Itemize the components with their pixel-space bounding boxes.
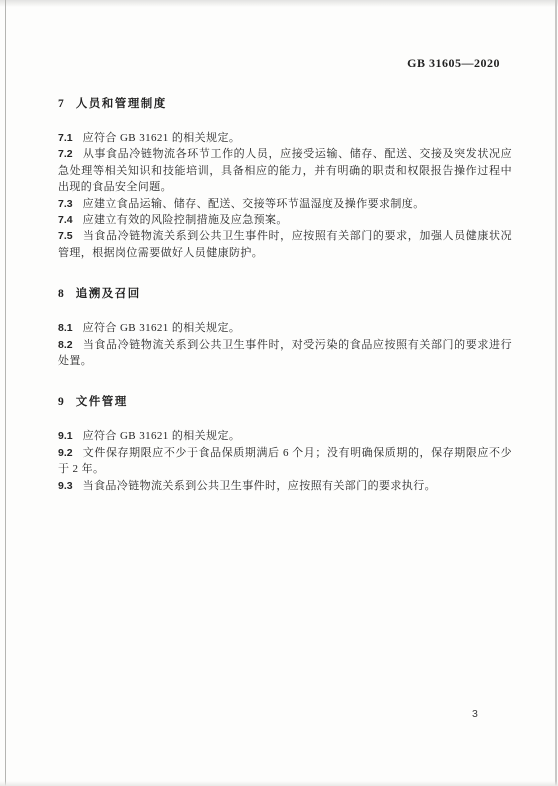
page-edge-top xyxy=(0,0,558,7)
clause-9-3-text: 当食品冷链物流关系到公共卫生事件时，应按照有关部门的要求执行。 xyxy=(83,480,436,492)
section-7-heading: 7人员和管理制度 xyxy=(58,96,512,112)
clause-7-5-number: 7.5 xyxy=(58,228,73,244)
clause-7-4-number: 7.4 xyxy=(58,212,73,228)
clause-8-2: 8.2当食品冷链物流关系到公共卫生事件时，对受污染的食品应按照有关部门的要求进行… xyxy=(58,337,512,370)
clause-7-2: 7.2从事食品冷链物流各环节工作的人员，应接受运输、储存、配送、交接及突发状况应… xyxy=(58,146,512,195)
section-9-number: 9 xyxy=(58,394,64,410)
page-edge-bottom xyxy=(0,781,558,786)
section-7-number: 7 xyxy=(58,96,64,112)
section-7-title: 人员和管理制度 xyxy=(76,98,167,110)
clause-9-2: 9.2文件保存期限应不少于食品保质期满后 6 个月；没有明确保质期的，保存期限应… xyxy=(58,445,512,478)
page-edge-left xyxy=(5,0,6,786)
clause-9-3: 9.3当食品冷链物流关系到公共卫生事件时，应按照有关部门的要求执行。 xyxy=(58,478,512,494)
clause-7-1-number: 7.1 xyxy=(58,130,73,146)
document-page: GB 31605—2020 7人员和管理制度 7.1应符合 GB 31621 的… xyxy=(0,0,558,786)
clause-9-3-number: 9.3 xyxy=(58,478,73,494)
clause-8-1-number: 8.1 xyxy=(58,320,73,336)
section-9-title: 文件管理 xyxy=(76,396,128,408)
clause-9-1-text: 应符合 GB 31621 的相关规定。 xyxy=(83,430,241,442)
clause-9-1: 9.1应符合 GB 31621 的相关规定。 xyxy=(58,428,512,444)
clause-7-2-text: 从事食品冷链物流各环节工作的人员，应接受运输、储存、配送、交接及突发状况应急处理… xyxy=(58,148,512,193)
clause-8-2-number: 8.2 xyxy=(58,337,73,353)
section-8-heading: 8追溯及召回 xyxy=(58,286,512,302)
section-8-number: 8 xyxy=(58,286,64,302)
page-number: 3 xyxy=(472,708,478,720)
clause-9-2-text: 文件保存期限应不少于食品保质期满后 6 个月；没有明确保质期的，保存期限应不少于… xyxy=(58,447,512,475)
section-9-heading: 9文件管理 xyxy=(58,394,512,410)
document-content: GB 31605—2020 7人员和管理制度 7.1应符合 GB 31621 的… xyxy=(58,56,512,494)
page-edge-right xyxy=(555,0,557,786)
clause-8-2-text: 当食品冷链物流关系到公共卫生事件时，对受污染的食品应按照有关部门的要求进行处置。 xyxy=(58,339,512,367)
standard-number-header: GB 31605—2020 xyxy=(58,56,512,71)
clause-7-5: 7.5当食品冷链物流关系到公共卫生事件时，应按照有关部门的要求，加强人员健康状况… xyxy=(58,228,512,261)
clause-8-1-text: 应符合 GB 31621 的相关规定。 xyxy=(83,322,241,334)
clause-8-1: 8.1应符合 GB 31621 的相关规定。 xyxy=(58,320,512,336)
clause-9-2-number: 9.2 xyxy=(58,445,73,461)
clause-9-1-number: 9.1 xyxy=(58,428,73,444)
clause-7-3-number: 7.3 xyxy=(58,196,73,212)
clause-7-4-text: 应建立有效的风险控制措施及应急预案。 xyxy=(83,214,288,226)
section-8-title: 追溯及召回 xyxy=(76,288,141,300)
clause-7-3: 7.3应建立食品运输、储存、配送、交接等环节温湿度及操作要求制度。 xyxy=(58,196,512,212)
clause-7-3-text: 应建立食品运输、储存、配送、交接等环节温湿度及操作要求制度。 xyxy=(83,198,425,210)
clause-7-1: 7.1应符合 GB 31621 的相关规定。 xyxy=(58,130,512,146)
clause-7-2-number: 7.2 xyxy=(58,146,73,162)
clause-7-4: 7.4应建立有效的风险控制措施及应急预案。 xyxy=(58,212,512,228)
clause-7-5-text: 当食品冷链物流关系到公共卫生事件时，应按照有关部门的要求，加强人员健康状况管理，… xyxy=(58,230,512,258)
clause-7-1-text: 应符合 GB 31621 的相关规定。 xyxy=(83,132,241,144)
